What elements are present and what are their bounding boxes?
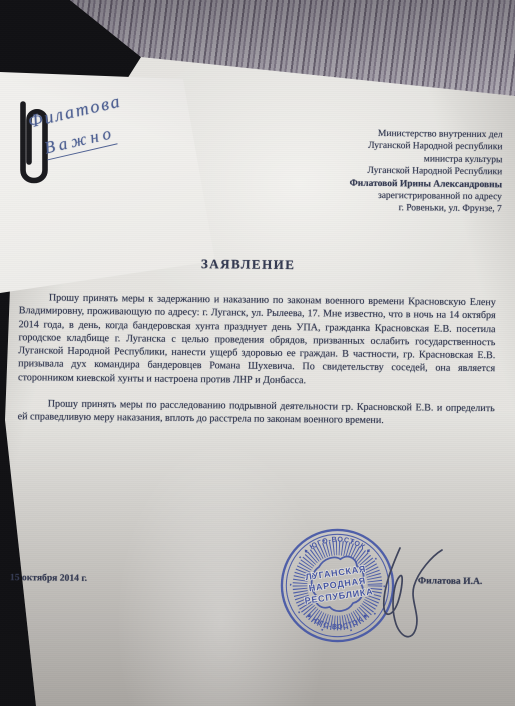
recipient-address: г. Ровеньки, ул. Фрунзе, 7 <box>228 201 502 216</box>
document-title: ЗАЯВЛЕНИЕ <box>19 254 477 275</box>
body-paragraph-1: Прошу принять меры к задержанию и наказа… <box>18 291 496 389</box>
photographed-document: Филатова Важно Министерство внутренних д… <box>0 0 515 706</box>
body-paragraph-2: Прошу принять меры по расследованию подр… <box>18 397 495 429</box>
handwritten-signature <box>338 520 478 660</box>
recipient-block: Министерство внутренних дел Луганской На… <box>228 126 503 216</box>
document-date: 15 октября 2014 г. <box>10 572 87 584</box>
